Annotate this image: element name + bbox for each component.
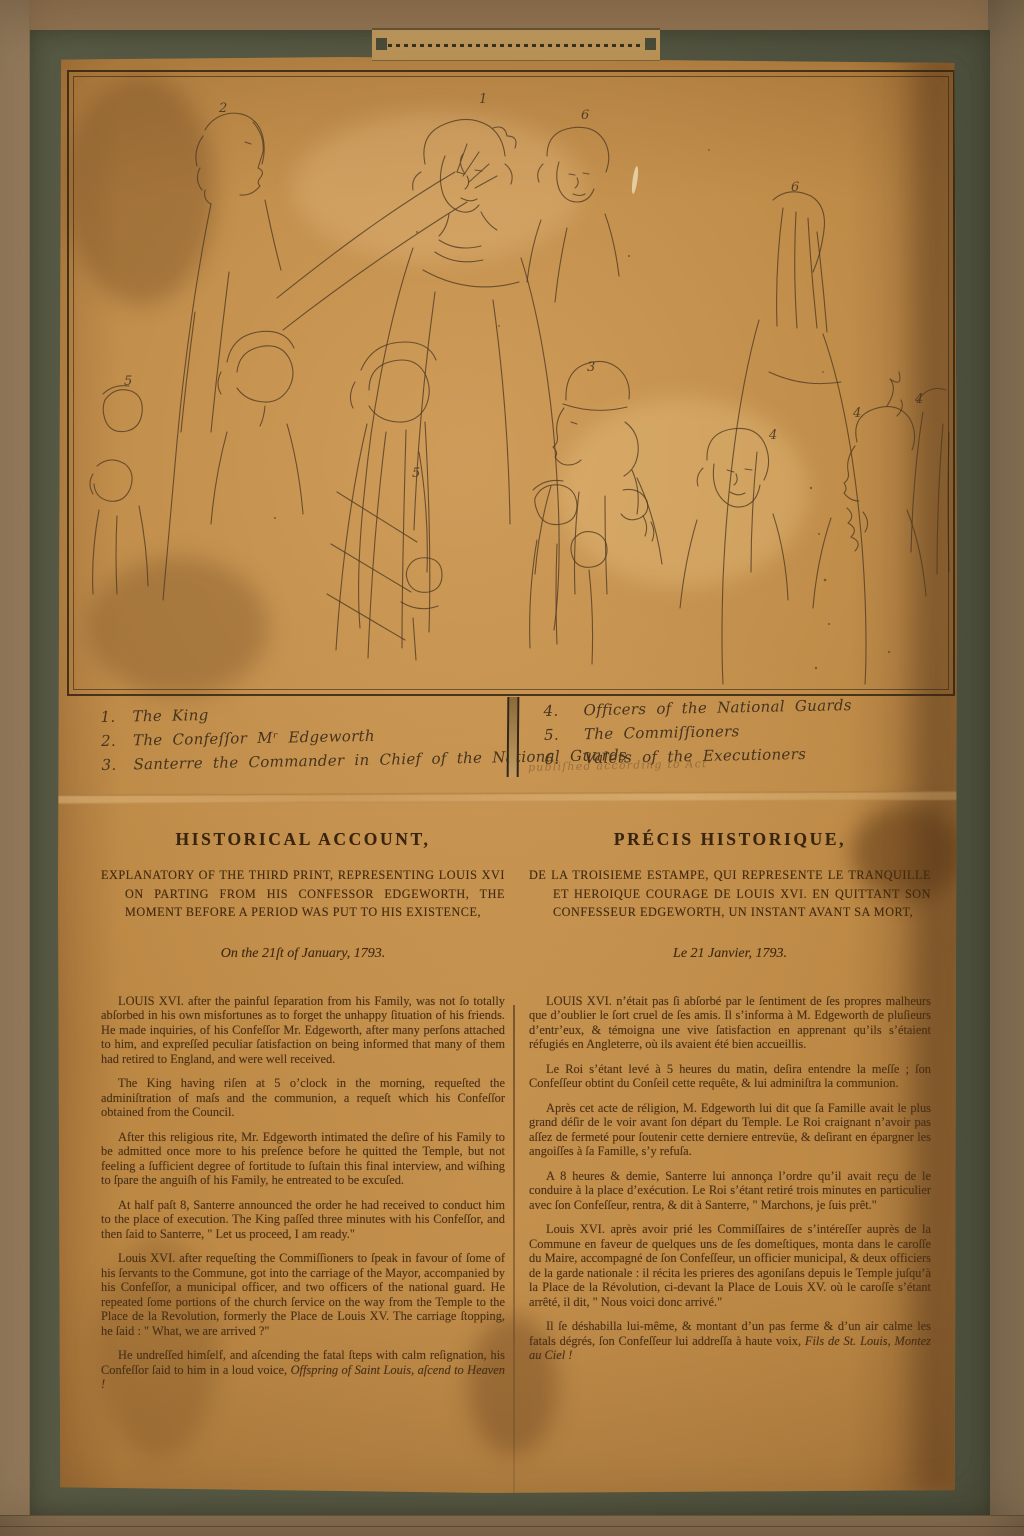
paper-seam — [58, 791, 957, 804]
figure-number: 6 — [581, 108, 589, 123]
sketch-drawing-svg: 2 1 6 6 5 5 3 4 4 4 — [69, 72, 953, 694]
stitch-pattern — [388, 44, 644, 47]
mat-board-top — [0, 0, 1024, 30]
legend-label: The Confeſſor Mʳ Edgeworth — [133, 727, 375, 750]
mat-board-right — [988, 0, 1024, 1536]
legend-label: The King — [132, 706, 208, 725]
figure-number: 6 — [791, 180, 799, 195]
legend-number: 3. — [101, 752, 133, 777]
legend-divider-rule — [507, 697, 520, 777]
legend-number: 2. — [101, 728, 133, 753]
english-paragraph: At half paſt 8, Santerre announced the o… — [101, 1198, 505, 1242]
figure-number: 1 — [479, 92, 487, 107]
english-paragraph: He undreſſed himſelf, and aſcending the … — [101, 1348, 505, 1392]
legend-number: 5. — [544, 722, 584, 747]
figure-number: 4 — [768, 428, 777, 443]
french-paragraph: A 8 heures & demie, Santerre lui annonça… — [529, 1169, 931, 1213]
aged-print-sheet: 2 1 6 6 5 5 3 4 4 4 1.The King 2.The Con… — [58, 57, 957, 1493]
french-paragraph: Après cet acte de réligion, M. Edgeworth… — [529, 1101, 931, 1159]
hanging-paper-strip — [372, 28, 660, 61]
english-paragraph: The King having riſen at 5 o’clock in th… — [101, 1076, 505, 1120]
strip-end-square — [645, 38, 656, 50]
french-subtitle: DE LA TROISIEME ESTAMPE, QUI REPRESENTE … — [529, 866, 931, 922]
strip-end-square — [376, 38, 387, 50]
figure-number: 4 — [852, 406, 861, 421]
english-column: HISTORICAL ACCOUNT, EXPLANATORY OF THE T… — [101, 829, 505, 1402]
publisher-imprint: publiſhed according to Act — [528, 757, 708, 774]
english-paragraph: After this religious rite, Mr. Edgeworth… — [101, 1130, 505, 1188]
mat-board-left — [0, 0, 29, 1536]
french-title: PRÉCIS HISTORIQUE, — [529, 829, 931, 850]
column-divider-rule — [513, 1005, 515, 1495]
figure-number: 5 — [124, 374, 132, 389]
french-paragraph: LOUIS XVI. n’était pas ſi abſorbé par le… — [529, 994, 931, 1052]
legend-label: Officers of the National Guards — [583, 696, 852, 719]
english-date: On the 21ſt of January, 1793. — [101, 946, 505, 962]
framed-print-photo: 2 1 6 6 5 5 3 4 4 4 1.The King 2.The Con… — [0, 0, 1024, 1536]
figure-number: 5 — [412, 466, 420, 481]
french-paragraph: Louis XVI. après avoir prié les Commiſſa… — [529, 1222, 931, 1309]
figure-number: 4 — [914, 392, 923, 407]
english-paragraph: Louis XVI. after requeſting the Commiſſi… — [101, 1251, 505, 1338]
french-paragraph: Le Roi s’étant levé à 5 heures du matin,… — [529, 1062, 931, 1091]
english-title: HISTORICAL ACCOUNT, — [101, 829, 505, 850]
legend-number: 4. — [543, 698, 583, 723]
engraving-panel: 2 1 6 6 5 5 3 4 4 4 — [67, 70, 955, 696]
english-subtitle: EXPLANATORY OF THE THIRD PRINT, REPRESEN… — [101, 866, 505, 922]
legend-number: 1. — [100, 704, 132, 729]
english-paragraph: LOUIS XVI. after the painful ſeparation … — [101, 994, 505, 1067]
mat-crack-line — [0, 1526, 1024, 1527]
french-date: Le 21 Janvier, 1793. — [529, 946, 931, 962]
french-column: PRÉCIS HISTORIQUE, DE LA TROISIEME ESTAM… — [529, 829, 931, 1373]
figure-number: 3 — [587, 360, 595, 375]
figure-number: 2 — [218, 101, 227, 116]
legend-label: The Commiſſioners — [584, 722, 740, 743]
french-paragraph: Il ſe déshabilla lui-même, & montant d’u… — [529, 1319, 931, 1363]
